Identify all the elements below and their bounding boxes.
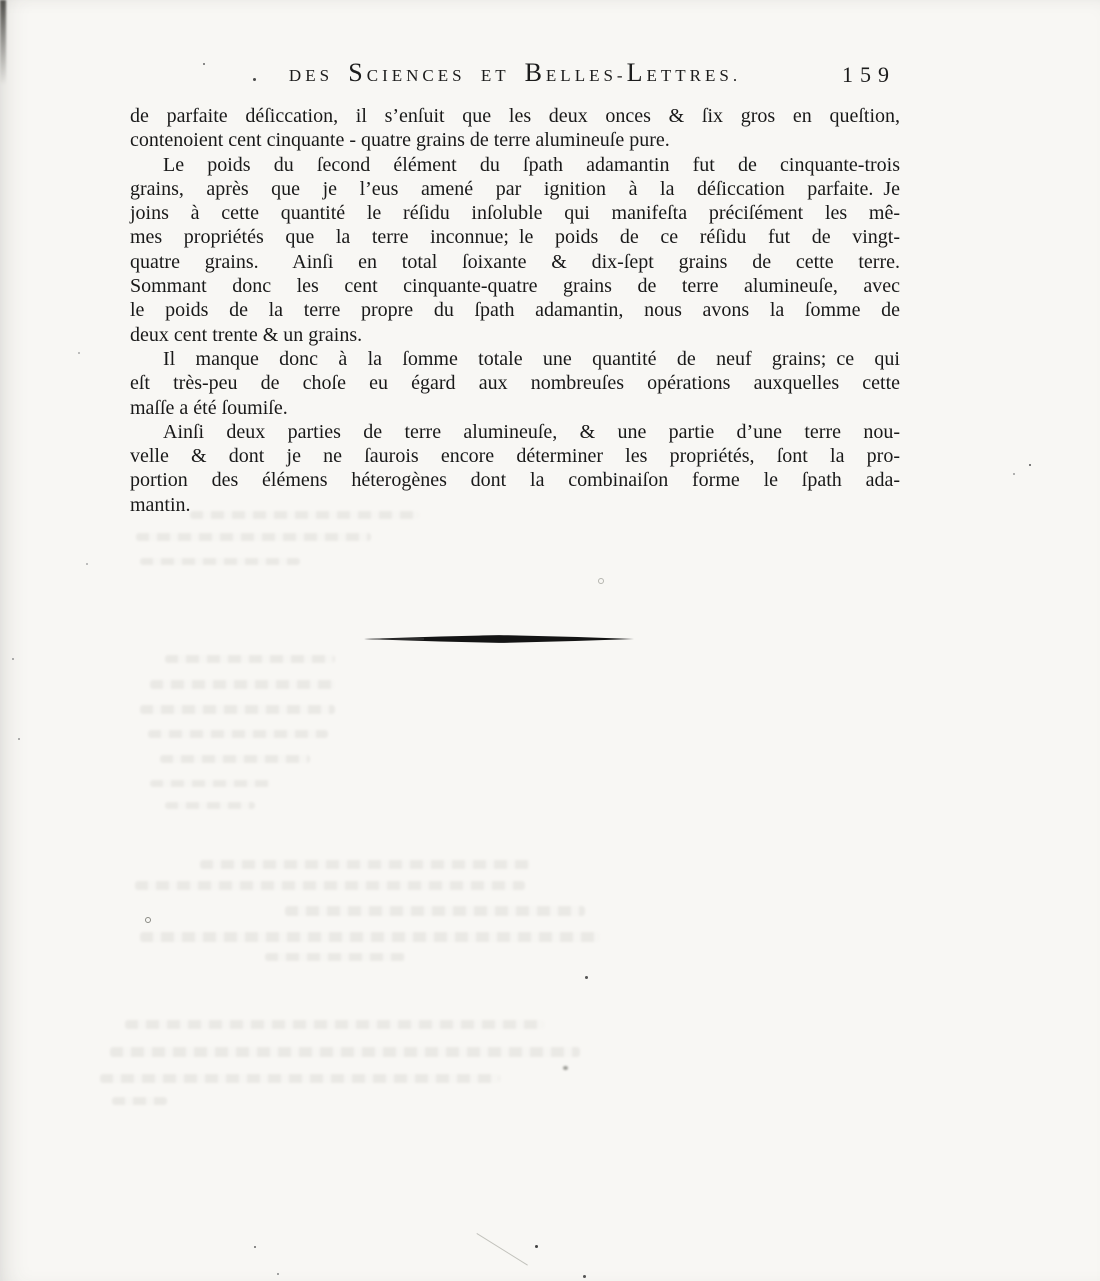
swelled-rule-icon	[364, 633, 634, 645]
page-number: 159	[842, 62, 896, 88]
scanned-book-page: DES SCIENCES ET BELLES-LETTRES. 159 de p…	[0, 0, 1100, 1281]
text-line: deux cent trente & un grains.	[130, 323, 900, 347]
running-title-segment: DES	[289, 66, 348, 85]
bleedthrough-artifact	[135, 881, 525, 890]
running-title: DES SCIENCES ET BELLES-LETTRES.	[130, 58, 900, 94]
dust-speck	[277, 1273, 279, 1275]
scan-edge-shadow	[0, 0, 6, 85]
text-line: quatre grains. Ainſi en total ſoixante &…	[130, 250, 900, 274]
text-line: Le poids du ſecond élément du ſpath adam…	[130, 153, 900, 177]
running-title-segment: ELLES	[546, 66, 617, 85]
bleedthrough-artifact	[150, 780, 270, 787]
running-title-segment: B	[525, 58, 546, 87]
text-block: de parfaite déſiccation, il s’enſuit que…	[130, 104, 900, 517]
dust-speck	[585, 976, 588, 979]
text-line: joins à cette quantité le réſidu inſolub…	[130, 201, 900, 225]
section-divider-rule	[364, 632, 634, 644]
running-title-segment: S	[348, 58, 366, 87]
text-line: contenoient cent cinquante - quatre grai…	[130, 128, 900, 152]
dust-speck	[12, 658, 14, 660]
bleedthrough-artifact	[285, 906, 585, 916]
dust-speck	[86, 563, 88, 565]
text-line: le poids de la terre propre du ſpath ada…	[130, 298, 900, 322]
text-line: portion des élémens héterogènes dont la …	[130, 468, 900, 492]
dust-speck	[563, 1066, 568, 1070]
bleedthrough-artifact	[110, 1047, 580, 1057]
scan-scratch-artifact	[476, 1233, 528, 1266]
bleedthrough-artifact	[140, 558, 300, 565]
text-line: Il manque donc à la ſomme totale une qua…	[130, 347, 900, 371]
running-title-segment: CIENCES	[367, 66, 481, 85]
bleedthrough-artifact	[136, 533, 371, 541]
dust-speck	[598, 578, 604, 584]
text-line: mantin.	[130, 493, 900, 517]
dust-speck	[535, 1245, 538, 1248]
dust-speck	[254, 1246, 256, 1248]
bleedthrough-artifact	[265, 953, 405, 961]
bleedthrough-artifact	[160, 755, 310, 763]
text-line: de parfaite déſiccation, il s’enſuit que…	[130, 104, 900, 128]
dust-speck	[1029, 464, 1031, 466]
text-line: grains, après que je l’eus amené par ign…	[130, 177, 900, 201]
bleedthrough-artifact	[200, 860, 530, 869]
bleedthrough-artifact	[140, 932, 600, 942]
text-line: Sommant donc les cent cinquante-quatre g…	[130, 274, 900, 298]
bleedthrough-artifact	[150, 680, 335, 689]
text-line: velle & dont je ne ſaurois encore déterm…	[130, 444, 900, 468]
dust-speck	[78, 352, 80, 354]
bleedthrough-artifact	[125, 1020, 545, 1029]
running-title-segment: ETTRES.	[646, 66, 741, 85]
text-line: maſſe a été ſoumiſe.	[130, 396, 900, 420]
text-line: eſt très-peu de choſe eu égard aux nombr…	[130, 371, 900, 395]
bleedthrough-artifact	[165, 802, 255, 809]
dust-speck	[18, 738, 20, 740]
running-title-segment: L	[627, 58, 647, 87]
dust-speck	[583, 1275, 586, 1278]
running-title-segment: ET	[481, 66, 525, 85]
bleedthrough-artifact	[165, 655, 335, 663]
running-title-segment: -	[617, 66, 627, 85]
bleedthrough-artifact	[100, 1074, 500, 1083]
dust-speck	[1013, 473, 1015, 475]
dust-speck	[145, 917, 151, 923]
bleedthrough-artifact	[140, 705, 335, 714]
bleedthrough-artifact	[112, 1097, 167, 1105]
bleedthrough-artifact	[148, 730, 328, 738]
text-line: mes propriétés que la terre inconnue; le…	[130, 225, 900, 249]
text-line: Ainſi deux parties de terre alumineuſe, …	[130, 420, 900, 444]
